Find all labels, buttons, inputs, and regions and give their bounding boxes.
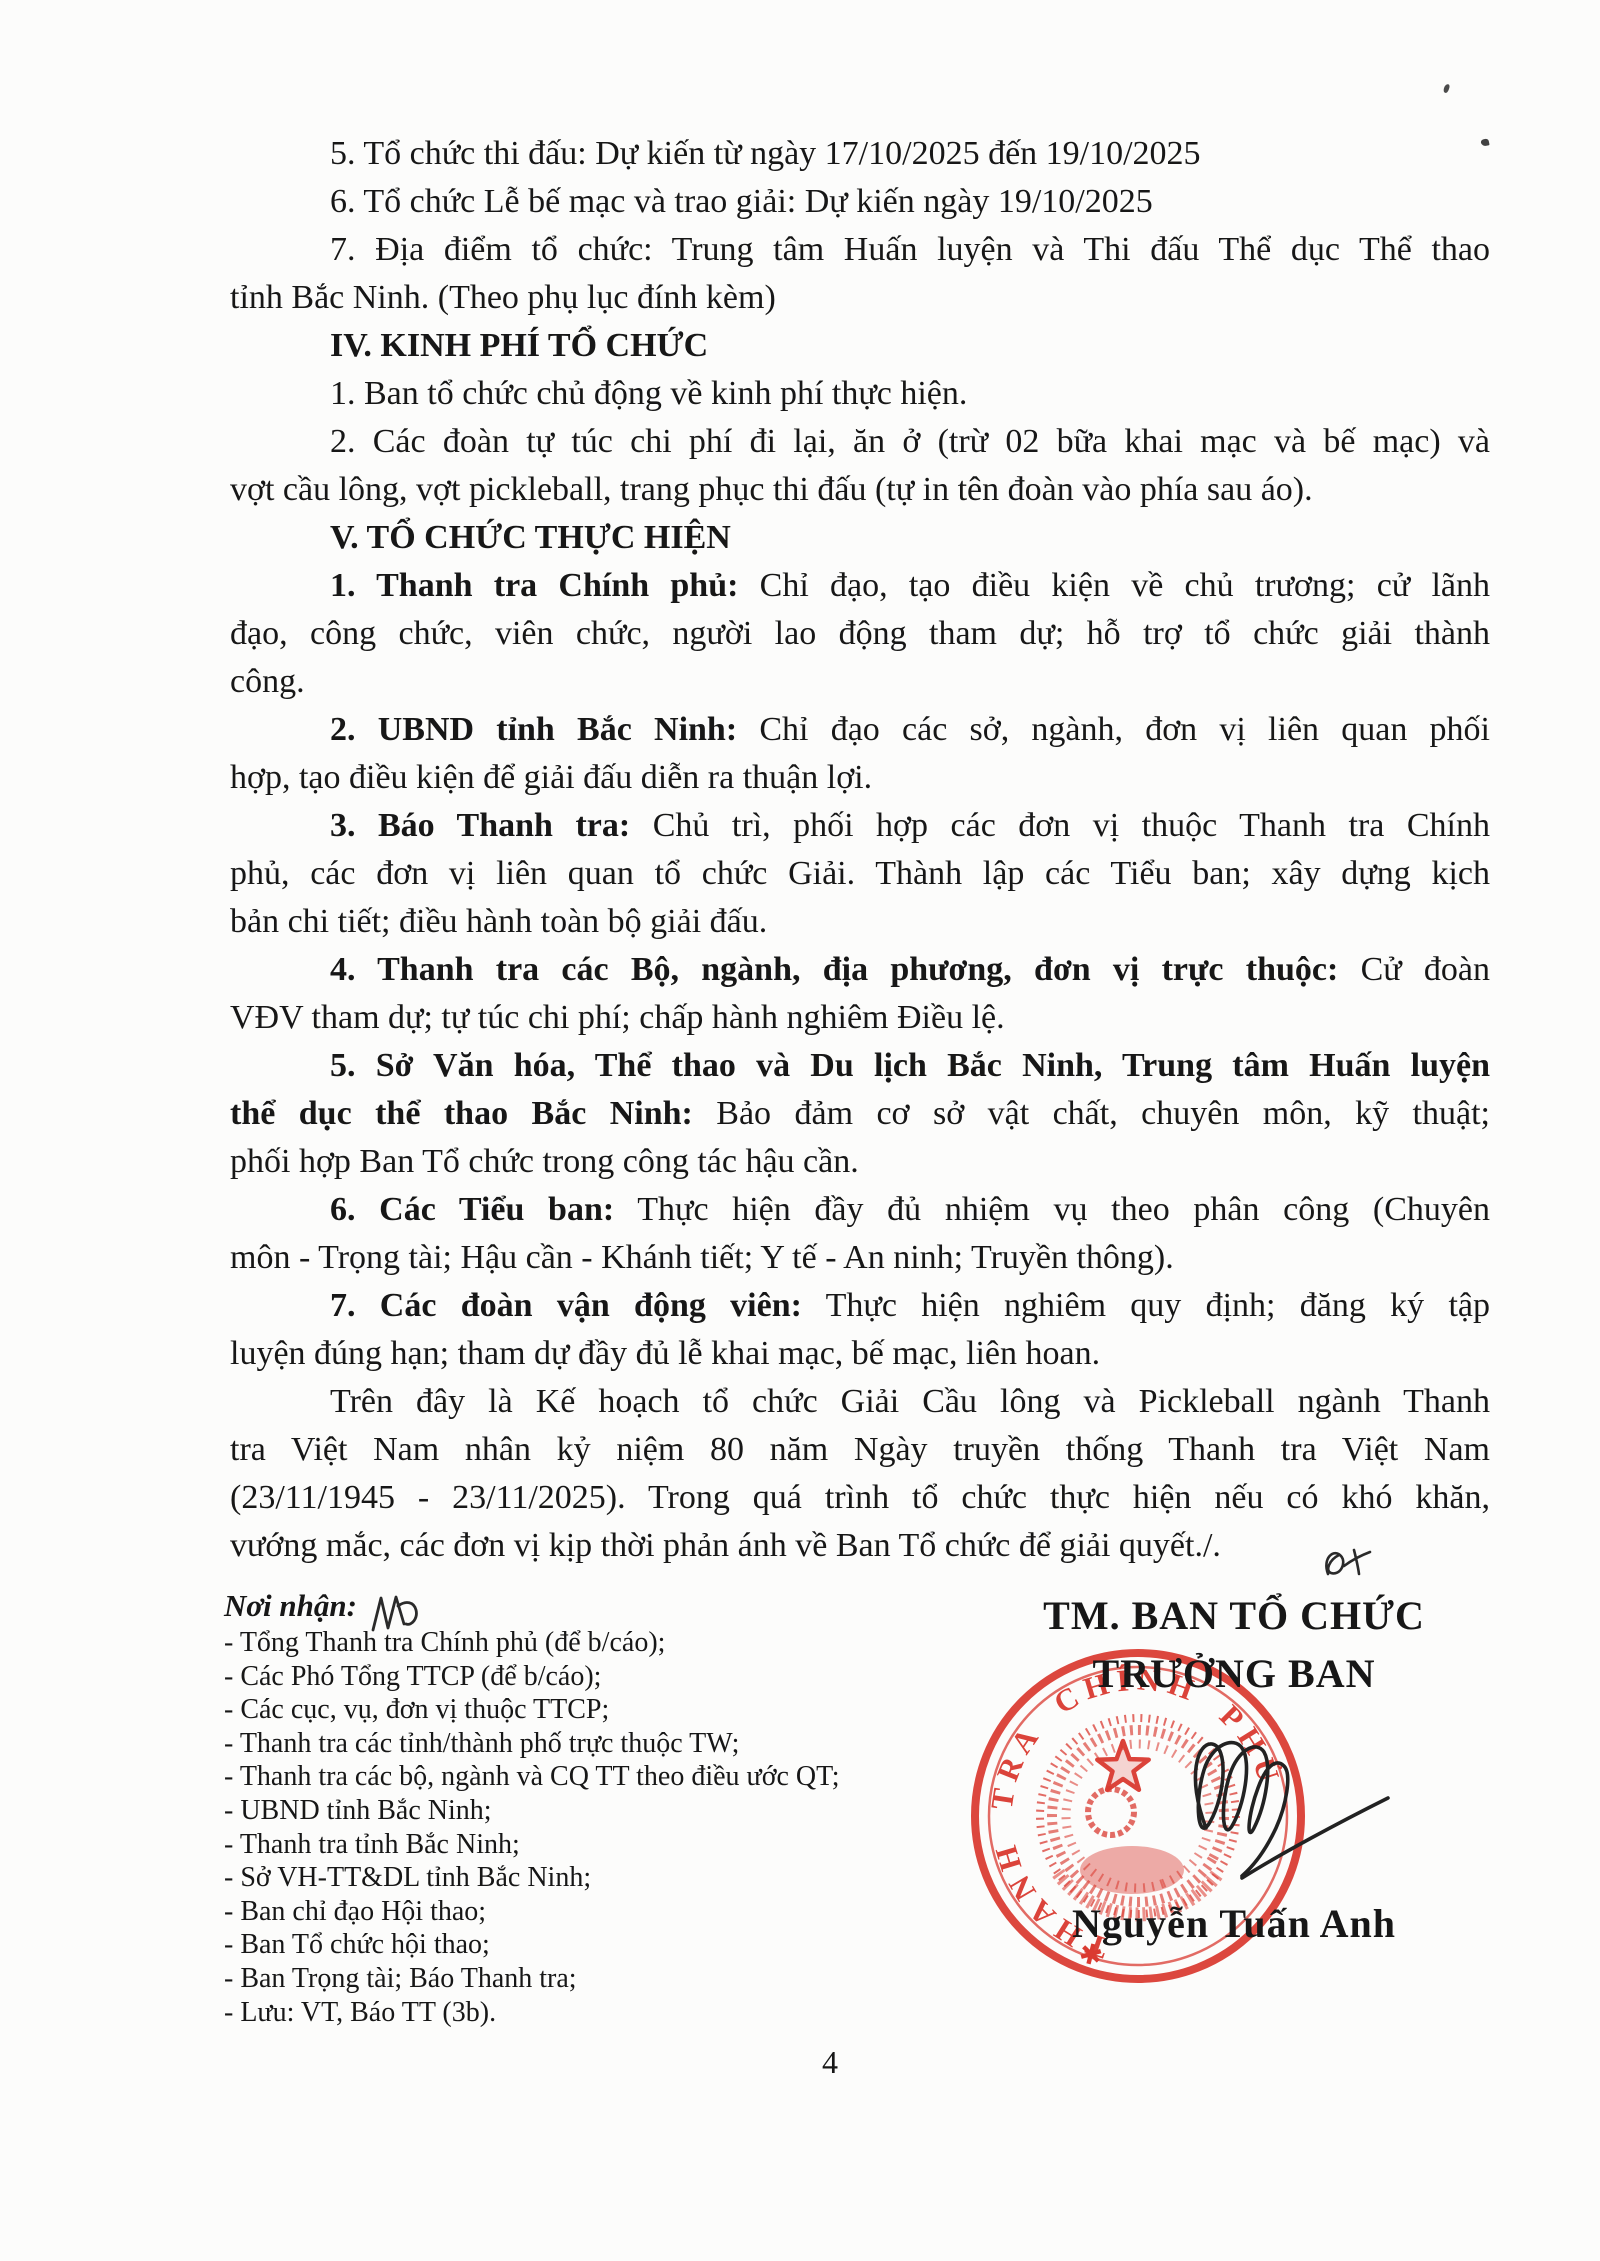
signature-title-line: TRƯỞNG BAN	[1008, 1650, 1460, 1697]
doc-line: 7. Địa điểm tổ chức: Trung tâm Huấn luyệ…	[230, 226, 1490, 274]
recipient-item: - UBND tỉnh Bắc Ninh;	[224, 1794, 984, 1828]
recipients-label: Nơi nhận:	[224, 1588, 357, 1624]
scan-speck	[1443, 83, 1451, 93]
signature-ink-icon	[1148, 1716, 1438, 1896]
recipient-item: - Ban Trọng tài; Báo Thanh tra;	[224, 1962, 984, 1996]
doc-line: VĐV tham dự; tự túc chi phí; chấp hành n…	[230, 994, 1490, 1042]
stamp-star-icon	[1097, 1741, 1148, 1790]
doc-line: bản chi tiết; điều hành toàn bộ giải đấu…	[230, 898, 1490, 946]
doc-line: 2. UBND tỉnh Bắc Ninh: Chỉ đạo các sở, n…	[230, 706, 1490, 754]
recipient-item: - Ban Tổ chức hội thao;	[224, 1928, 984, 1962]
doc-line: 4. Thanh tra các Bộ, ngành, địa phương, …	[230, 946, 1490, 994]
handwritten-flourish-icon	[1316, 1544, 1374, 1586]
doc-line: IV. KINH PHÍ TỔ CHỨC	[230, 322, 1490, 370]
doc-line: 5. Sở Văn hóa, Thể thao và Du lịch Bắc N…	[230, 1042, 1490, 1090]
doc-line: tỉnh Bắc Ninh. (Theo phụ lục đính kèm)	[230, 274, 1490, 322]
doc-line: 6. Các Tiểu ban: Thực hiện đầy đủ nhiệm …	[230, 1186, 1490, 1234]
doc-line: 2. Các đoàn tự túc chi phí đi lại, ăn ở …	[230, 418, 1490, 466]
signer-name: Nguyễn Tuấn Anh	[1008, 1900, 1460, 1947]
doc-line: 5. Tổ chức thi đấu: Dự kiến từ ngày 17/1…	[230, 130, 1490, 178]
doc-line: tra Việt Nam nhân kỷ niệm 80 năm Ngày tr…	[230, 1426, 1490, 1474]
page-number: 4	[805, 2044, 855, 2081]
doc-line: phối hợp Ban Tổ chức trong công tác hậu …	[230, 1138, 1490, 1186]
doc-line: 1. Thanh tra Chính phủ: Chỉ đạo, tạo điề…	[230, 562, 1490, 610]
doc-line: 7. Các đoàn vận động viên: Thực hiện ngh…	[230, 1282, 1490, 1330]
doc-line: luyện đúng hạn; tham dự đầy đủ lễ khai m…	[230, 1330, 1490, 1378]
doc-line: đạo, công chức, viên chức, người lao độn…	[230, 610, 1490, 658]
recipient-item: - Tổng Thanh tra Chính phủ (để b/cáo);	[224, 1626, 984, 1660]
doc-line: Trên đây là Kế hoạch tổ chức Giải Cầu lô…	[230, 1378, 1490, 1426]
recipient-item: - Các cục, vụ, đơn vị thuộc TTCP;	[224, 1693, 984, 1727]
doc-line: 3. Báo Thanh tra: Chủ trì, phối hợp các …	[230, 802, 1490, 850]
doc-line: công.	[230, 658, 1490, 706]
doc-line: 6. Tổ chức Lễ bế mạc và trao giải: Dự ki…	[230, 178, 1490, 226]
document-page: 5. Tổ chức thi đấu: Dự kiến từ ngày 17/1…	[0, 0, 1600, 2261]
doc-line: môn - Trọng tài; Hậu cần - Khánh tiết; Y…	[230, 1234, 1490, 1282]
handwritten-initials-icon	[368, 1592, 420, 1636]
recipients-list: - Tổng Thanh tra Chính phủ (để b/cáo);- …	[224, 1626, 984, 2029]
recipient-item: - Lưu: VT, Báo TT (3b).	[224, 1996, 984, 2030]
recipient-item: - Các Phó Tổng TTCP (để b/cáo);	[224, 1660, 984, 1694]
recipient-item: - Thanh tra tỉnh Bắc Ninh;	[224, 1828, 984, 1862]
recipient-item: - Thanh tra các tỉnh/thành phố trực thuộ…	[224, 1727, 984, 1761]
doc-line: (23/11/1945 - 23/11/2025). Trong quá trì…	[230, 1474, 1490, 1522]
doc-line: vướng mắc, các đơn vị kịp thời phản ánh …	[230, 1522, 1490, 1570]
doc-line: vợt cầu lông, vợt pickleball, trang phục…	[230, 466, 1490, 514]
doc-line: V. TỔ CHỨC THỰC HIỆN	[230, 514, 1490, 562]
document-body: 5. Tổ chức thi đấu: Dự kiến từ ngày 17/1…	[230, 130, 1490, 1570]
recipient-item: - Ban chỉ đạo Hội thao;	[224, 1895, 984, 1929]
doc-line: thể dục thể thao Bắc Ninh: Bảo đảm cơ sở…	[230, 1090, 1490, 1138]
doc-line: hợp, tạo điều kiện để giải đấu diễn ra t…	[230, 754, 1490, 802]
doc-line: 1. Ban tổ chức chủ động về kinh phí thực…	[230, 370, 1490, 418]
doc-line: phủ, các đơn vị liên quan tổ chức Giải. …	[230, 850, 1490, 898]
signature-org-line: TM. BAN TỔ CHỨC	[1008, 1592, 1460, 1639]
recipient-item: - Thanh tra các bộ, ngành và CQ TT theo …	[224, 1760, 984, 1794]
recipient-item: - Sở VH-TT&DL tỉnh Bắc Ninh;	[224, 1861, 984, 1895]
